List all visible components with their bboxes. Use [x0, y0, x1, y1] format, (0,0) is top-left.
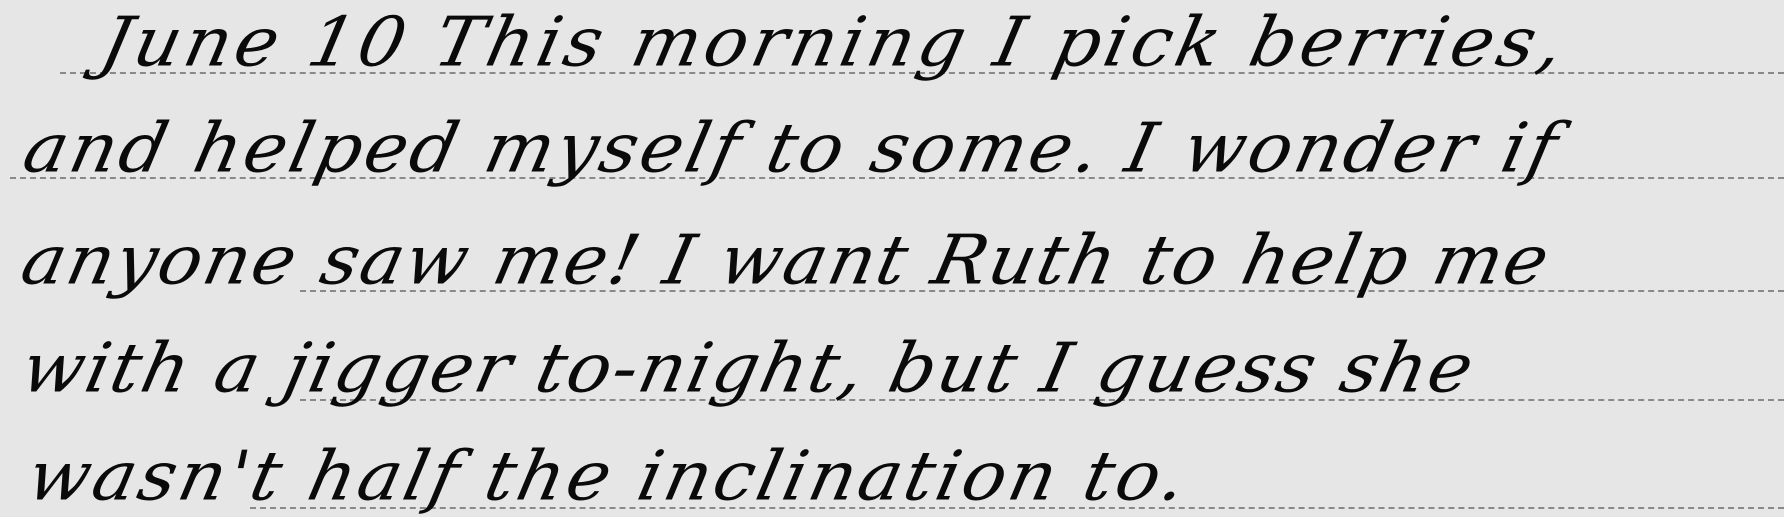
- diary-page: June 10 This morning I pick berries, and…: [0, 0, 1784, 517]
- handwritten-line-4: with a jigger to-night, but I guess she: [16, 334, 1481, 402]
- handwritten-line-1: June 10 This morning I pick berries,: [95, 8, 1573, 76]
- handwritten-line-5: wasn't half the inclination to.: [22, 442, 1195, 510]
- handwritten-line-2: and helped myself to some. I wonder if: [18, 114, 1566, 182]
- handwritten-line-3: anyone saw me! I want Ruth to help me: [16, 226, 1557, 294]
